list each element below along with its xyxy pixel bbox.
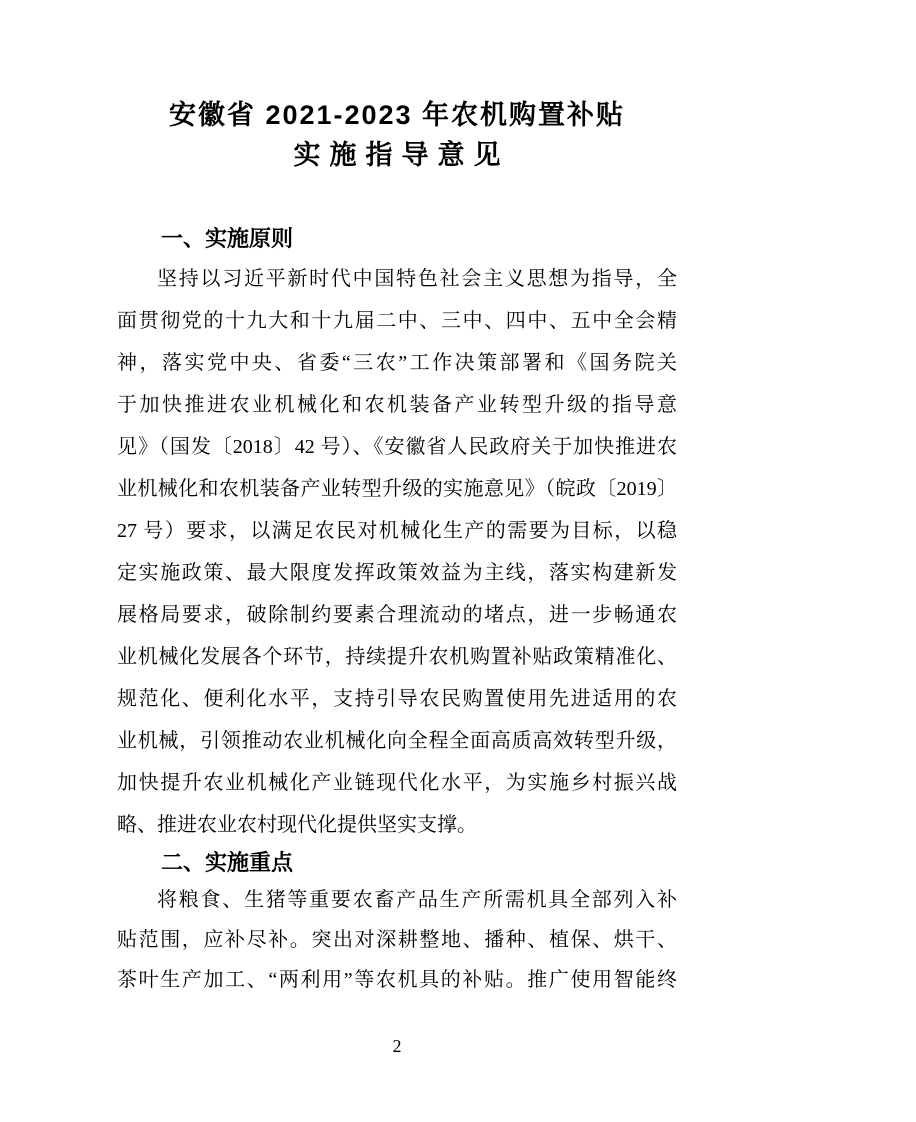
document-title: 安徽省 2021-2023 年农机购置补贴 实施指导意见	[117, 95, 677, 175]
document-page: 安徽省 2021-2023 年农机购置补贴 实施指导意见 一、实施原则 坚持以习…	[0, 0, 916, 1122]
paragraph-line: 展格局要求，破除制约要素合理流动的堵点，进一步畅通农	[117, 594, 677, 636]
paragraph-line: 加快提升农业机械化产业链现代化水平，为实施乡村振兴战	[117, 762, 677, 804]
page-number: 2	[117, 1036, 677, 1056]
paragraph-line: 面贯彻党的十九大和十九届二中、三中、四中、五中全会精	[117, 300, 677, 342]
paragraph-line: 业机械化和农机装备产业转型升级的实施意见》（皖政〔2019〕	[117, 468, 677, 510]
paragraph-line: 27 号）要求，以满足农民对机械化生产的需要为目标，以稳	[117, 510, 677, 552]
paragraph-line: 规范化、便利化水平，支持引导农民购置使用先进适用的农	[117, 678, 677, 720]
paragraph-1: 坚持以习近平新时代中国特色社会主义思想为指导，全 面贯彻党的十九大和十九届二中、…	[117, 258, 677, 846]
paragraph-line: 见》（国发〔2018〕42 号）、《安徽省人民政府关于加快推进农	[117, 426, 677, 468]
paragraph-line: 略、推进农业农村现代化提供坚实支撑。	[117, 804, 677, 846]
document-title-line-1: 安徽省 2021-2023 年农机购置补贴	[117, 95, 677, 135]
document-title-line-2: 实施指导意见	[117, 135, 677, 175]
paragraph-2: 将粮食、生猪等重要农畜产品生产所需机具全部列入补 贴范围，应补尽补。突出对深耕整…	[117, 880, 677, 1000]
section-heading-1: 一、实施原则	[117, 218, 677, 260]
paragraph-line: 业机械，引领推动农业机械化向全程全面高质高效转型升级，	[117, 720, 677, 762]
paragraph-line: 贴范围，应补尽补。突出对深耕整地、播种、植保、烘干、	[117, 920, 677, 960]
paragraph-line: 将粮食、生猪等重要农畜产品生产所需机具全部列入补	[117, 880, 677, 920]
paragraph-line: 定实施政策、最大限度发挥政策效益为主线，落实构建新发	[117, 552, 677, 594]
document-content-column: 安徽省 2021-2023 年农机购置补贴 实施指导意见 一、实施原则 坚持以习…	[117, 0, 677, 1122]
paragraph-line: 坚持以习近平新时代中国特色社会主义思想为指导，全	[117, 258, 677, 300]
paragraph-line: 于加快推进农业机械化和农机装备产业转型升级的指导意	[117, 384, 677, 426]
paragraph-line: 茶叶生产加工、“两利用”等农机具的补贴。推广使用智能终	[117, 960, 677, 1000]
paragraph-line: 业机械化发展各个环节，持续提升农机购置补贴政策精准化、	[117, 636, 677, 678]
section-heading-2: 二、实施重点	[117, 842, 677, 884]
paragraph-line: 神，落实党中央、省委“三农”工作决策部署和《国务院关	[117, 342, 677, 384]
